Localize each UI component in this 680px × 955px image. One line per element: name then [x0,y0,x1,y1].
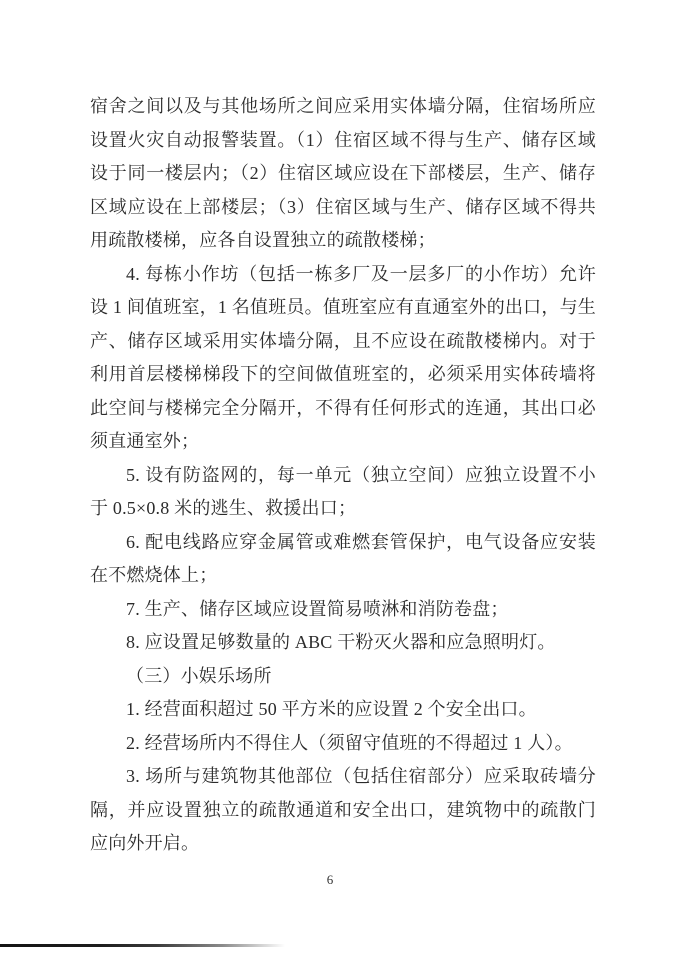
section-heading-3: （三）小娱乐场所 [90,660,596,694]
document-body: 宿舍之间以及与其他场所之间应采用实体墙分隔，住宿场所应设置火灾自动报警装置。（1… [90,90,596,861]
scan-artifact-line [0,944,285,947]
para-continuation: 宿舍之间以及与其他场所之间应采用实体墙分隔，住宿场所应设置火灾自动报警装置。（1… [90,90,596,258]
item-3: 3. 场所与建筑物其他部位（包括住宿部分）应采取砖墙分隔，并应设置独立的疏散通道… [90,760,596,861]
item-5: 5. 设有防盗网的，每一单元（独立空间）应独立设置不小于 0.5×0.8 米的逃… [90,459,596,526]
item-1: 1. 经营面积超过 50 平方米的应设置 2 个安全出口。 [90,693,596,727]
item-6: 6. 配电线路应穿金属管或难燃套管保护，电气设备应安装在不燃烧体上； [90,526,596,593]
page-number: 6 [0,872,660,888]
document-page: 宿舍之间以及与其他场所之间应采用实体墙分隔，住宿场所应设置火灾自动报警装置。（1… [0,0,680,955]
item-4: 4. 每栋小作坊（包括一栋多厂及一层多厂的小作坊）允许设 1 间值班室，1 名值… [90,258,596,459]
item-8: 8. 应设置足够数量的 ABC 干粉灭火器和应急照明灯。 [90,626,596,660]
item-2: 2. 经营场所内不得住人（须留守值班的不得超过 1 人）。 [90,727,596,761]
item-7: 7. 生产、储存区域应设置简易喷淋和消防卷盘； [90,593,596,627]
